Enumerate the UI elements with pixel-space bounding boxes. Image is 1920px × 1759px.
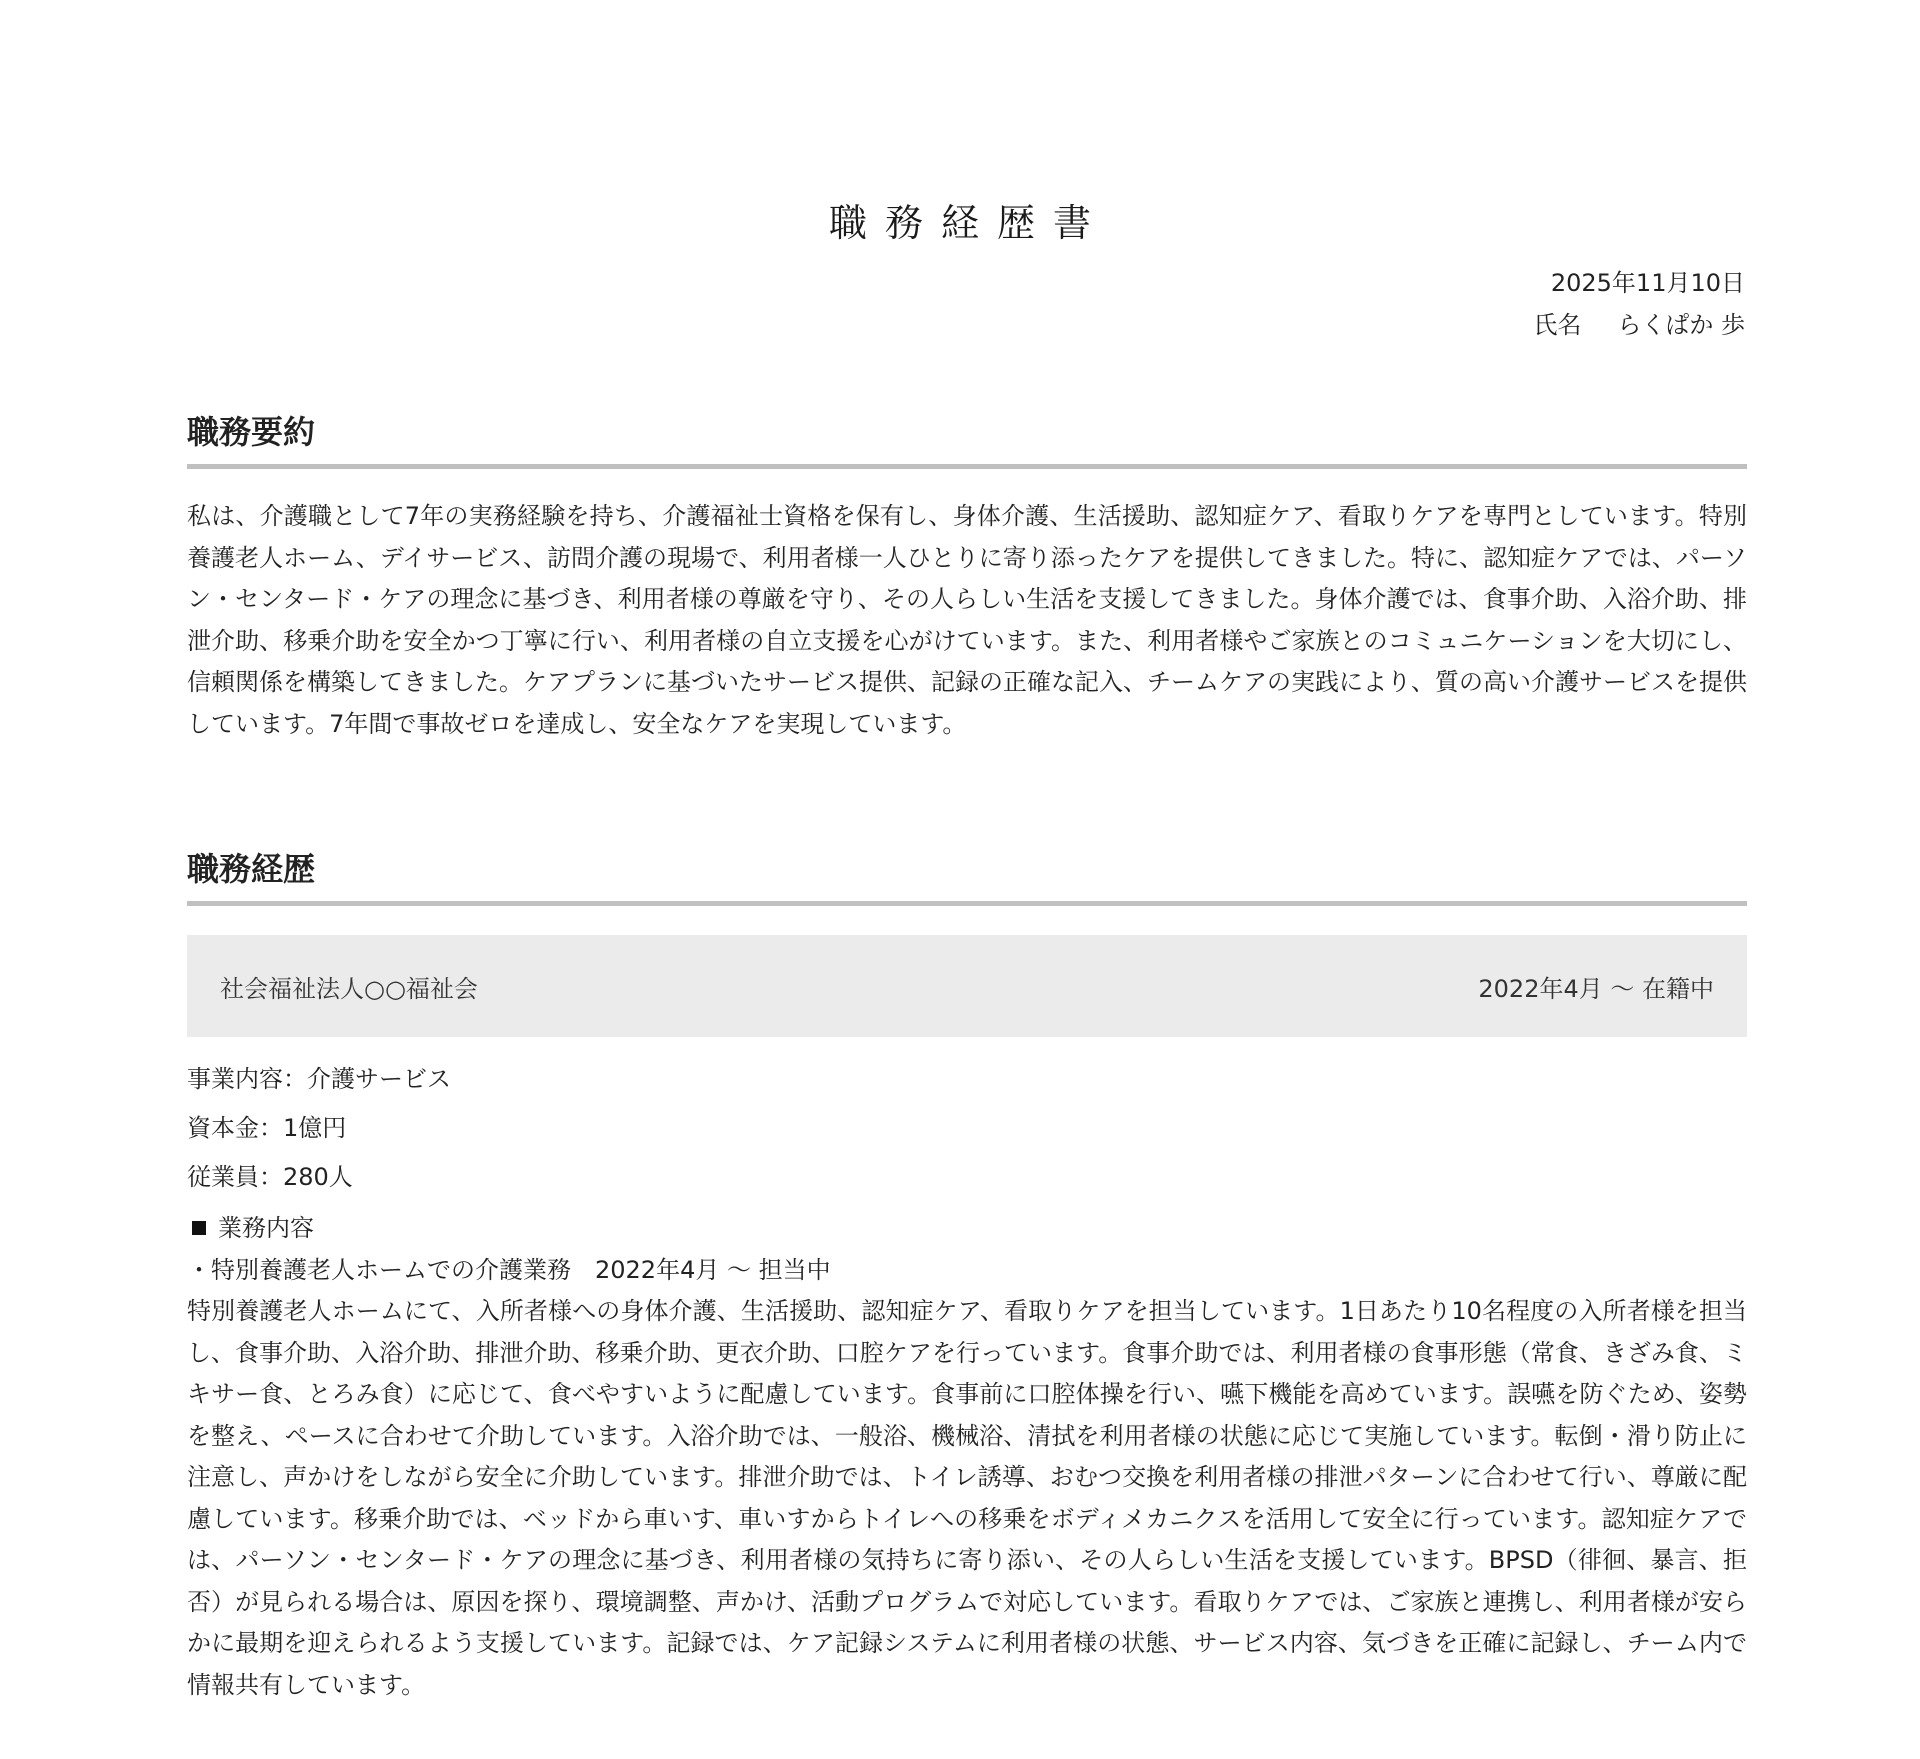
name-label: 氏名 xyxy=(1533,311,1581,339)
company-name: 社会福祉法人○○福祉会 xyxy=(220,969,478,1004)
company-employees: 従業員：280人 xyxy=(187,1153,451,1202)
company-info: 事業内容：介護サービス 資本金：1億円 従業員：280人 xyxy=(187,1055,451,1202)
summary-heading: 職務要約 xyxy=(187,410,1747,469)
duty-title: ・特別養護老人ホームでの介護業務 2022年4月 〜 担当中 xyxy=(187,1250,1747,1292)
career-heading: 職務経歴 xyxy=(187,847,1747,906)
resume-page: 職務経歴書 2025年11月10日 氏名らくぱか 歩 職務要約 私は、介護職とし… xyxy=(0,0,1920,1759)
duties-section: 業務内容 ・特別養護老人ホームでの介護業務 2022年4月 〜 担当中 特別養護… xyxy=(187,1208,1747,1706)
company-header: 社会福祉法人○○福祉会 2022年4月 〜 在籍中 xyxy=(187,935,1747,1037)
name-value: らくぱか 歩 xyxy=(1617,311,1745,339)
company-capital: 資本金：1億円 xyxy=(187,1104,451,1153)
company-period: 2022年4月 〜 在籍中 xyxy=(1478,969,1714,1004)
square-bullet-icon xyxy=(192,1221,206,1235)
summary-body: 私は、介護職として7年の実務経験を持ち、介護福祉士資格を保有し、身体介護、生活援… xyxy=(187,496,1747,745)
document-title: 職務経歴書 xyxy=(0,192,1920,247)
duty-body: 特別養護老人ホームにて、入所者様への身体介護、生活援助、認知症ケア、看取りケアを… xyxy=(187,1291,1747,1706)
document-date: 2025年11月10日 xyxy=(1533,262,1745,304)
document-meta: 2025年11月10日 氏名らくぱか 歩 xyxy=(1533,262,1745,346)
company-business: 事業内容：介護サービス xyxy=(187,1055,451,1104)
duties-heading: 業務内容 xyxy=(187,1208,1747,1250)
applicant-name: 氏名らくぱか 歩 xyxy=(1533,304,1745,346)
